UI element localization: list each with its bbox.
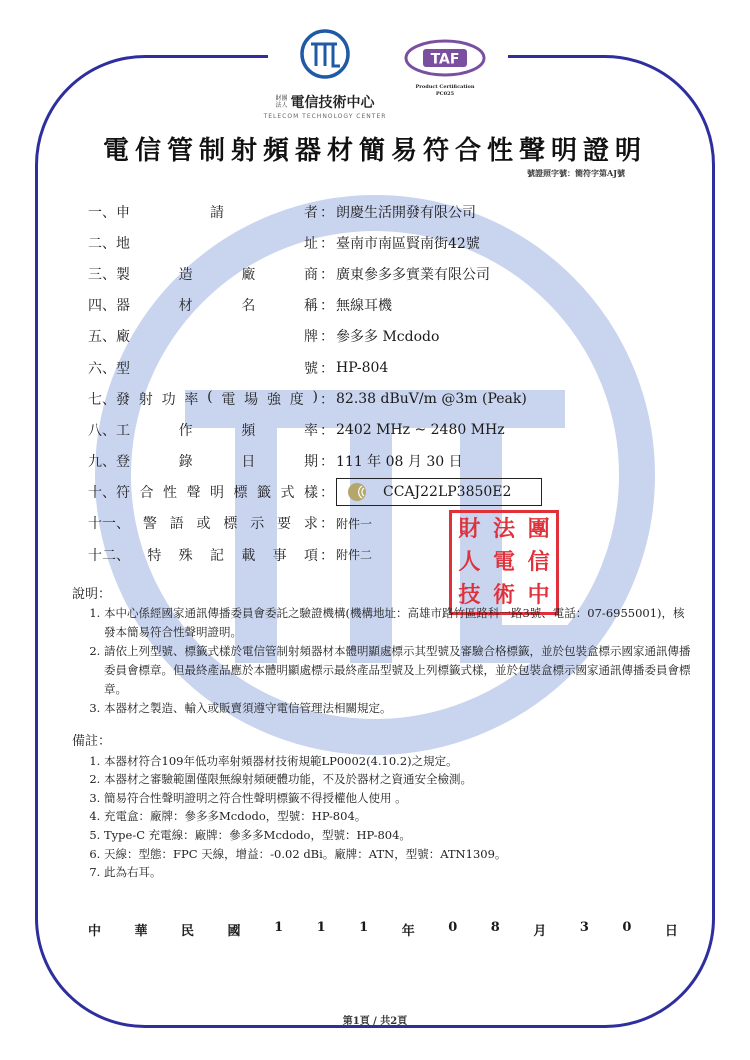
list-item: 本器材之製造、輸入或販賣須遵守電信管理法相關規定。 <box>104 699 692 718</box>
seal-char: 信 <box>521 546 556 579</box>
field-colon: ： <box>318 264 336 284</box>
field-colon: ： <box>318 358 336 378</box>
list-item: Type-C 充電線：廠牌：參多多Mcdodo，型號：HP-804。 <box>104 826 692 845</box>
taf-caption: Product Certification PC025 <box>400 84 490 98</box>
field-colon: ： <box>318 482 336 502</box>
ttc-logo: 財團 法人 電信技術中心 TELECOM TECHNOLOGY CENTER <box>255 28 395 120</box>
field-value: CCAJ22LP3850E2 <box>383 484 511 500</box>
field-colon: ： <box>318 233 336 253</box>
svg-text:TAF: TAF <box>431 52 460 68</box>
date-char: 0 <box>622 920 631 939</box>
org-prefix: 財團 法人 <box>275 95 287 109</box>
taf-oval-icon: TAF <box>403 38 487 78</box>
date-char: 年 <box>402 920 415 939</box>
field-row: 三、製造廠商：廣東參多多實業有限公司 <box>88 258 648 289</box>
org-name-en: TELECOM TECHNOLOGY CENTER <box>255 113 395 120</box>
date-char: 民 <box>181 920 194 939</box>
list-item: 充電盒：廠牌：參多多Mcdodo，型號：HP-804。 <box>104 807 692 826</box>
page-number: 第1頁 / 共2頁 <box>0 1012 750 1027</box>
date-char: 華 <box>135 920 148 939</box>
field-value: 臺南市南區賢南街42號 <box>336 233 480 253</box>
date-char: 1 <box>274 920 283 939</box>
field-row: 六、型號：HP-804 <box>88 352 648 383</box>
date-char: 月 <box>533 920 546 939</box>
field-row: 九、登錄日期：111 年 08 月 30 日 <box>88 446 648 477</box>
seal-char: 財 <box>452 513 487 546</box>
list-item: 天線：型態：FPC 天線，增益：-0.02 dBi。廠牌：ATN，型號：ATN1… <box>104 845 692 864</box>
date-char: 0 <box>448 920 457 939</box>
remarks-heading: 備註： <box>72 733 692 752</box>
field-colon: ： <box>318 326 336 346</box>
seal-char: 人 <box>452 546 487 579</box>
date-char: 1 <box>359 920 368 939</box>
document-number: 號證照字號：簡符字第AJ號 <box>527 168 625 179</box>
field-label: 八、工作頻率 <box>88 420 318 440</box>
field-label: 七、發射功率(電場強度) <box>88 389 318 409</box>
field-label: 六、型號 <box>88 358 318 378</box>
field-label: 一、申請者 <box>88 202 318 222</box>
field-value: 附件一 <box>336 515 372 532</box>
field-label: 九、登錄日期 <box>88 451 318 471</box>
field-row: 十一、警語或標示要求：附件一 <box>88 508 648 539</box>
field-value: 無線耳機 <box>336 295 392 315</box>
field-label: 二、地址 <box>88 233 318 253</box>
field-label: 四、器材名稱 <box>88 295 318 315</box>
notes-section: 說明： 本中心係經國家通訊傳播委員會委託之驗證機構(機構地址：高雄市路竹區路科一… <box>72 585 692 718</box>
header-logos: 財團 法人 電信技術中心 TELECOM TECHNOLOGY CENTER T… <box>0 28 750 128</box>
field-colon: ： <box>318 202 336 222</box>
field-row: 五、廠牌：參多多 Mcdodo <box>88 321 648 352</box>
field-colon: ： <box>318 513 336 533</box>
field-value: 廣東參多多實業有限公司 <box>336 264 490 284</box>
field-value: 2402 MHz ~ 2480 MHz <box>336 422 505 438</box>
field-colon: ： <box>318 420 336 440</box>
date-char: 中 <box>88 920 101 939</box>
list-item: 此為右耳。 <box>104 863 692 882</box>
field-label: 五、廠牌 <box>88 326 318 346</box>
field-row: 一、申請者：朗慶生活開發有限公司 <box>88 196 648 227</box>
date-char: 國 <box>228 920 241 939</box>
page-title: 電信管制射頻器材簡易符合性聲明證明 <box>0 130 750 167</box>
date-char: 3 <box>580 920 589 939</box>
field-colon: ： <box>318 545 336 565</box>
field-row: 十二、特殊記載事項：附件二 <box>88 539 648 570</box>
seal-char: 團 <box>521 513 556 546</box>
date-char: 日 <box>665 920 678 939</box>
field-value: 111 年 08 月 30 日 <box>336 451 463 471</box>
remarks-list: 本器材符合109年低功率射頻器材技術規範LP0002(4.10.2)之規定。本器… <box>72 752 692 882</box>
list-item: 本器材之審驗範圍僅限無線射頻硬體功能，不及於器材之資通安全檢測。 <box>104 770 692 789</box>
field-row: 八、工作頻率：2402 MHz ~ 2480 MHz <box>88 414 648 445</box>
field-value: 附件二 <box>336 546 372 563</box>
field-value: HP-804 <box>336 360 388 376</box>
org-name: 財團 法人 電信技術中心 <box>255 92 395 112</box>
notes-heading: 說明： <box>72 585 692 604</box>
field-colon: ： <box>318 295 336 315</box>
ncc-mark-icon <box>347 482 367 502</box>
compliance-mark-box: CCAJ22LP3850E2 <box>336 478 542 506</box>
field-label: 十一、警語或標示要求 <box>88 513 318 533</box>
list-item: 本中心係經國家通訊傳播委員會委託之驗證機構(機構地址：高雄市路竹區路科一路3號、… <box>104 604 692 642</box>
issue-date: 中華民國111年08月30日 <box>88 920 678 939</box>
seal-char: 電 <box>487 546 522 579</box>
field-colon: ： <box>318 451 336 471</box>
field-label: 十、符合性聲明標籤式樣 <box>88 482 318 502</box>
taf-logo: TAF Product Certification PC025 <box>400 38 490 98</box>
date-char: 8 <box>491 920 500 939</box>
field-label: 十二、特殊記載事項 <box>88 545 318 565</box>
field-value: 82.38 dBuV/m @3m (Peak) <box>336 391 527 407</box>
list-item: 簡易符合性聲明證明之符合性聲明標籤不得授權他人使用 。 <box>104 789 692 808</box>
field-row: 七、發射功率(電場強度)：82.38 dBuV/m @3m (Peak) <box>88 383 648 414</box>
field-row: 十、符合性聲明標籤式樣：CCAJ22LP3850E2 <box>88 477 648 508</box>
field-label: 三、製造廠商 <box>88 264 318 284</box>
field-colon: ： <box>318 389 336 409</box>
seal-char: 法 <box>487 513 522 546</box>
field-row: 二、地址：臺南市南區賢南街42號 <box>88 227 648 258</box>
date-char: 1 <box>317 920 326 939</box>
field-value: 朗慶生活開發有限公司 <box>336 202 476 222</box>
list-item: 請依上列型號、標籤式樣於電信管制射頻器材本體明顯處標示其型號及審驗合格標籤，並於… <box>104 642 692 699</box>
ttc-circle-icon <box>299 28 351 80</box>
notes-list: 本中心係經國家通訊傳播委員會委託之驗證機構(機構地址：高雄市路竹區路科一路3號、… <box>72 604 692 718</box>
list-item: 本器材符合109年低功率射頻器材技術規範LP0002(4.10.2)之規定。 <box>104 752 692 771</box>
remarks-section: 備註： 本器材符合109年低功率射頻器材技術規範LP0002(4.10.2)之規… <box>72 733 692 882</box>
field-row: 四、器材名稱：無線耳機 <box>88 290 648 321</box>
certificate-fields: 一、申請者：朗慶生活開發有限公司二、地址：臺南市南區賢南街42號三、製造廠商：廣… <box>88 196 648 570</box>
field-value: 參多多 Mcdodo <box>336 326 439 346</box>
